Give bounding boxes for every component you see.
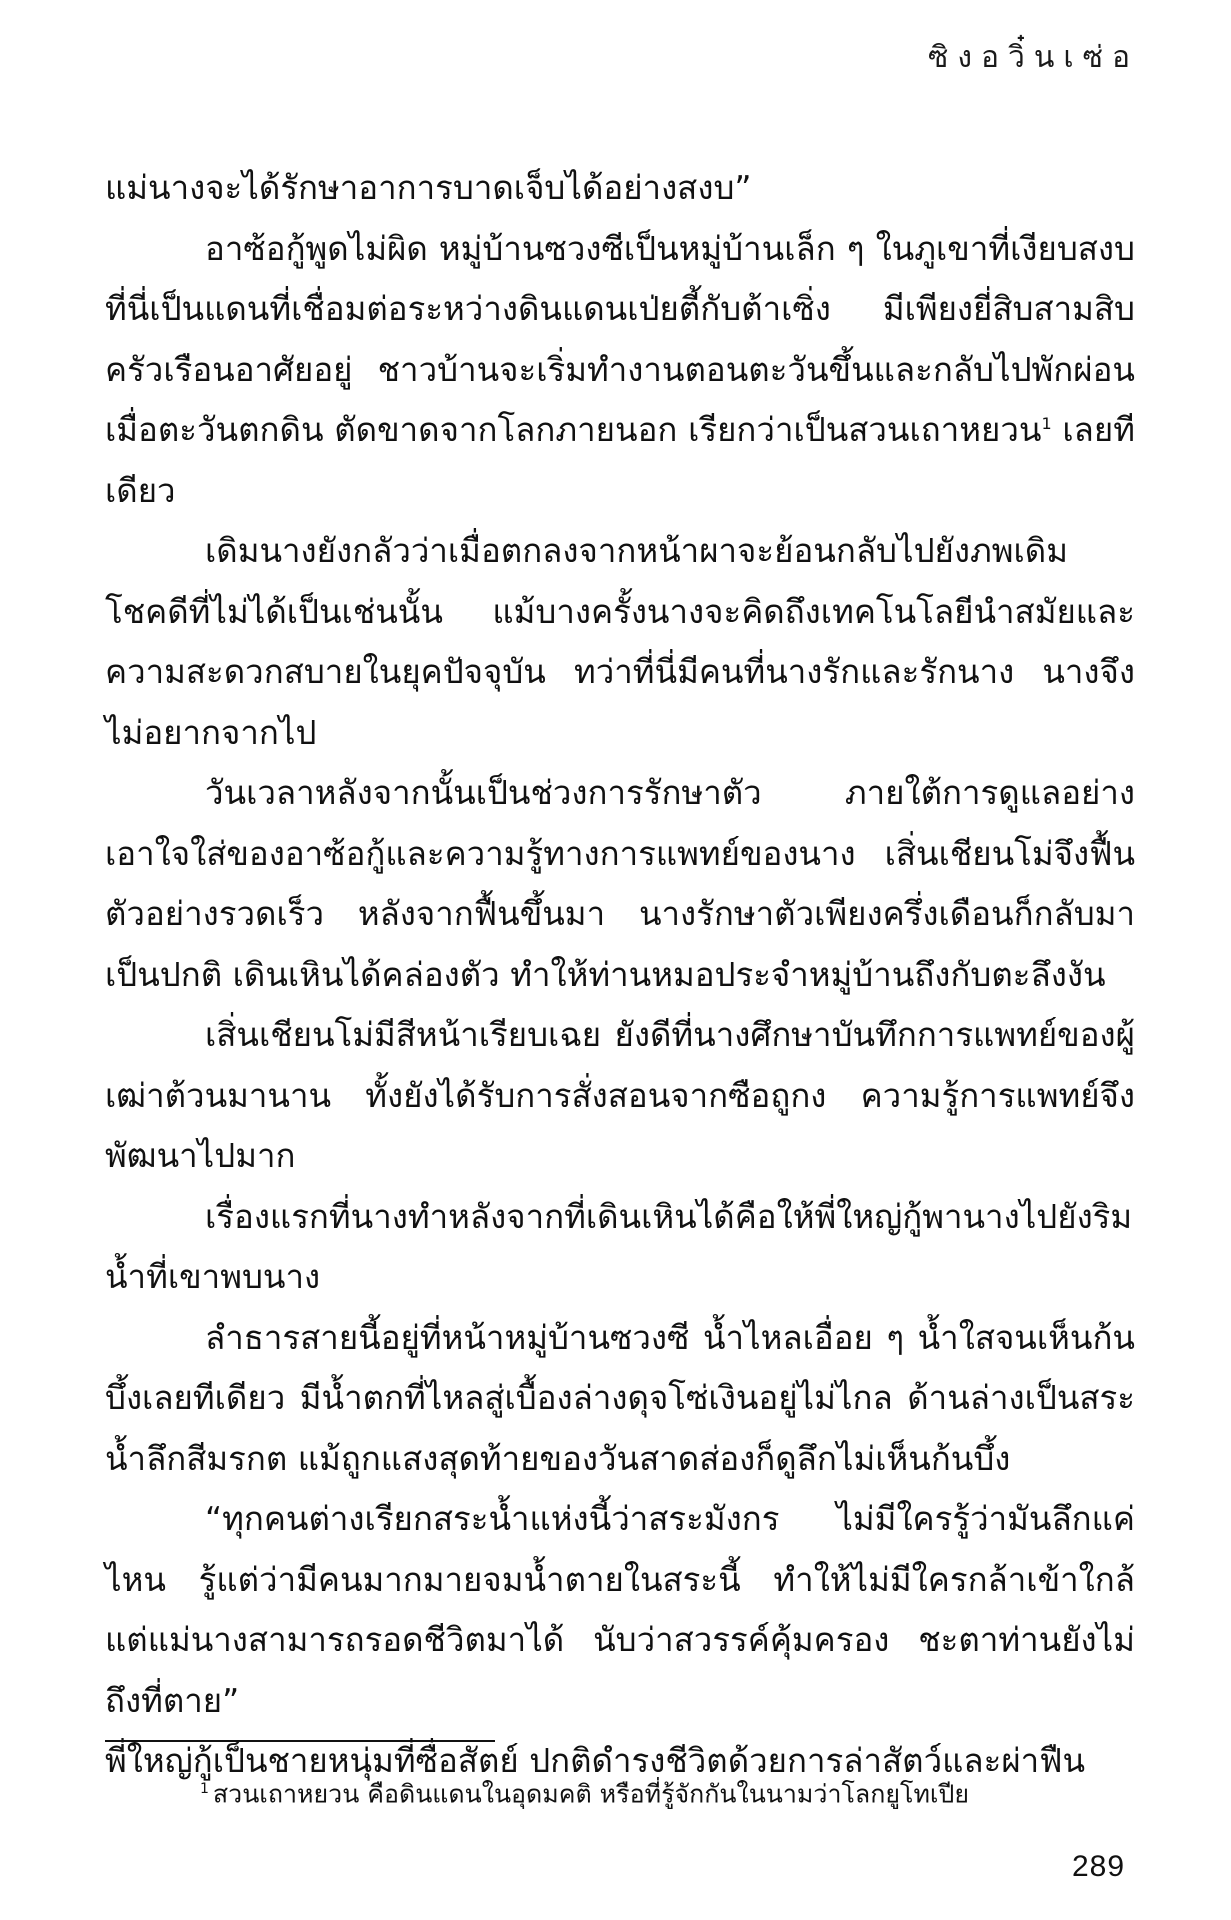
paragraph: เสิ่นเชียนโม่มีสีหน้าเรียบเฉย ยังดีที่นา… [105, 1005, 1135, 1187]
footnote: 1สวนเถาหยวน คือดินแดนในอุดมคติ หรือที่รู… [200, 1772, 969, 1811]
paragraph-with-footnote-ref: อาซ้อกู้พูดไม่ผิด หมู่บ้านซวงซีเป็นหมู่บ… [105, 219, 1135, 522]
paragraph: ลำธารสายนี้อยู่ที่หน้าหมู่บ้านซวงซี น้ำไ… [105, 1308, 1135, 1490]
page-number: 289 [1072, 1850, 1125, 1884]
paragraph-text: อาซ้อกู้พูดไม่ผิด หมู่บ้านซวงซีเป็นหมู่บ… [105, 229, 1135, 450]
body-text: แม่นางจะได้รักษาอาการบาดเจ็บได้อย่างสงบ”… [105, 158, 1135, 1792]
footnote-text: สวนเถาหยวน คือดินแดนในอุดมคติ หรือที่รู้… [213, 1779, 969, 1808]
running-header-title: ซิงอวิ๋นเซ่อ [928, 34, 1139, 81]
paragraph: เรื่องแรกที่นางทำหลังจากที่เดินเหินได้คื… [105, 1187, 1135, 1308]
footnote-reference[interactable]: 1 [1041, 414, 1051, 433]
paragraph: วันเวลาหลังจากนั้นเป็นช่วงการรักษาตัว ภา… [105, 763, 1135, 1005]
footnote-marker: 1 [200, 1781, 209, 1797]
paragraph-dialogue: “ทุกคนต่างเรียกสระน้ำแห่งนี้ว่าสระมังกร … [105, 1489, 1135, 1731]
paragraph: แม่นางจะได้รักษาอาการบาดเจ็บได้อย่างสงบ” [105, 158, 1135, 219]
footnote-divider [105, 1740, 495, 1742]
paragraph: เดิมนางยังกลัวว่าเมื่อตกลงจากหน้าผาจะย้อ… [105, 521, 1135, 763]
